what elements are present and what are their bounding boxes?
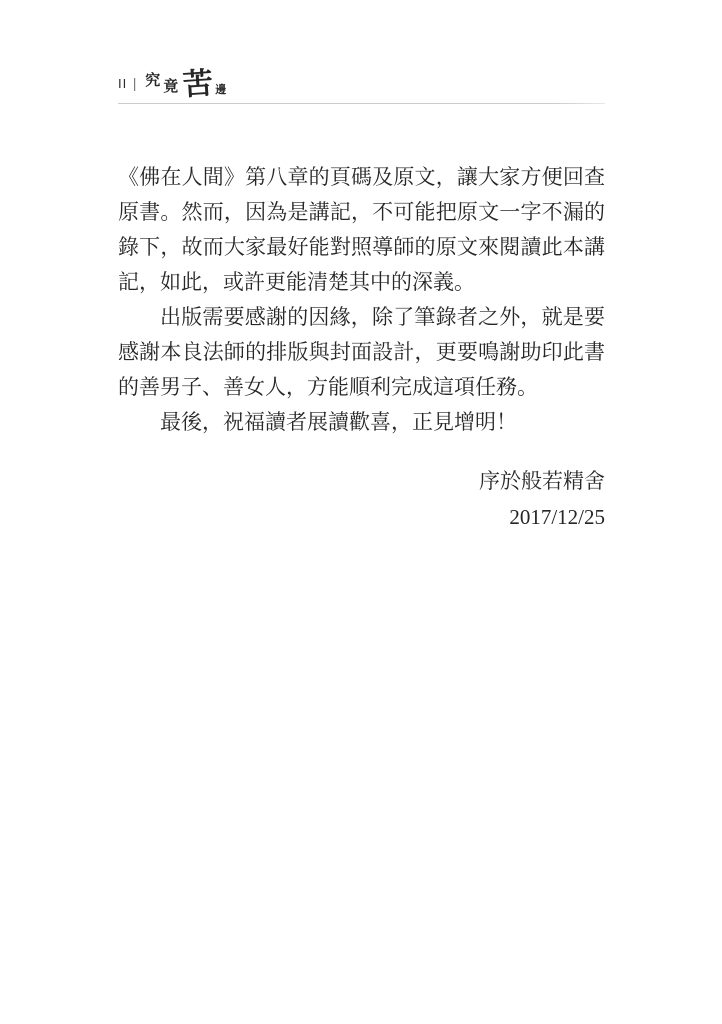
text-line-8: 最後，祝福讀者展讀歡喜，正見增明！	[118, 405, 605, 440]
text-line-5: 出版需要感謝的因緣，除了筆錄者之外，就是要	[118, 300, 605, 335]
title-char-1: 究	[145, 69, 160, 90]
page-number: II	[118, 76, 127, 91]
text-line-4: 記，如此，或許更能清楚其中的深義。	[118, 265, 605, 300]
text-line-7: 的善男子、善女人，方能順利完成這項任務。	[118, 370, 605, 405]
book-title-logo: 究 竟 苦 邊	[145, 70, 226, 100]
text-line-2: 原書。然而，因為是講記，不可能把原文一字不漏的	[118, 195, 605, 230]
signature-block: 序於般若精舍 2017/12/25	[118, 463, 605, 535]
running-header: II | 究 竟 苦 邊	[118, 68, 226, 100]
title-char-2: 竟	[163, 75, 178, 96]
title-char-3: 苦	[182, 69, 214, 101]
text-line-6: 感謝本良法師的排版與封面設計，更要鳴謝助印此書	[118, 335, 605, 370]
header-rule	[118, 103, 605, 104]
signature-date: 2017/12/25	[118, 499, 605, 535]
title-char-4: 邊	[215, 81, 226, 97]
header-separator: |	[133, 76, 136, 93]
signature-place: 序於般若精舍	[118, 463, 605, 499]
text-line-1: 《佛在人間》第八章的頁碼及原文，讓大家方便回查	[118, 160, 605, 195]
preface-body: 《佛在人間》第八章的頁碼及原文，讓大家方便回查 原書。然而，因為是講記，不可能把…	[118, 160, 605, 440]
book-page: II | 究 竟 苦 邊 《佛在人間》第八章的頁碼及原文，讓大家方便回查 原書。…	[0, 0, 722, 1024]
text-line-3: 錄下，故而大家最好能對照導師的原文來閱讀此本講	[118, 230, 605, 265]
